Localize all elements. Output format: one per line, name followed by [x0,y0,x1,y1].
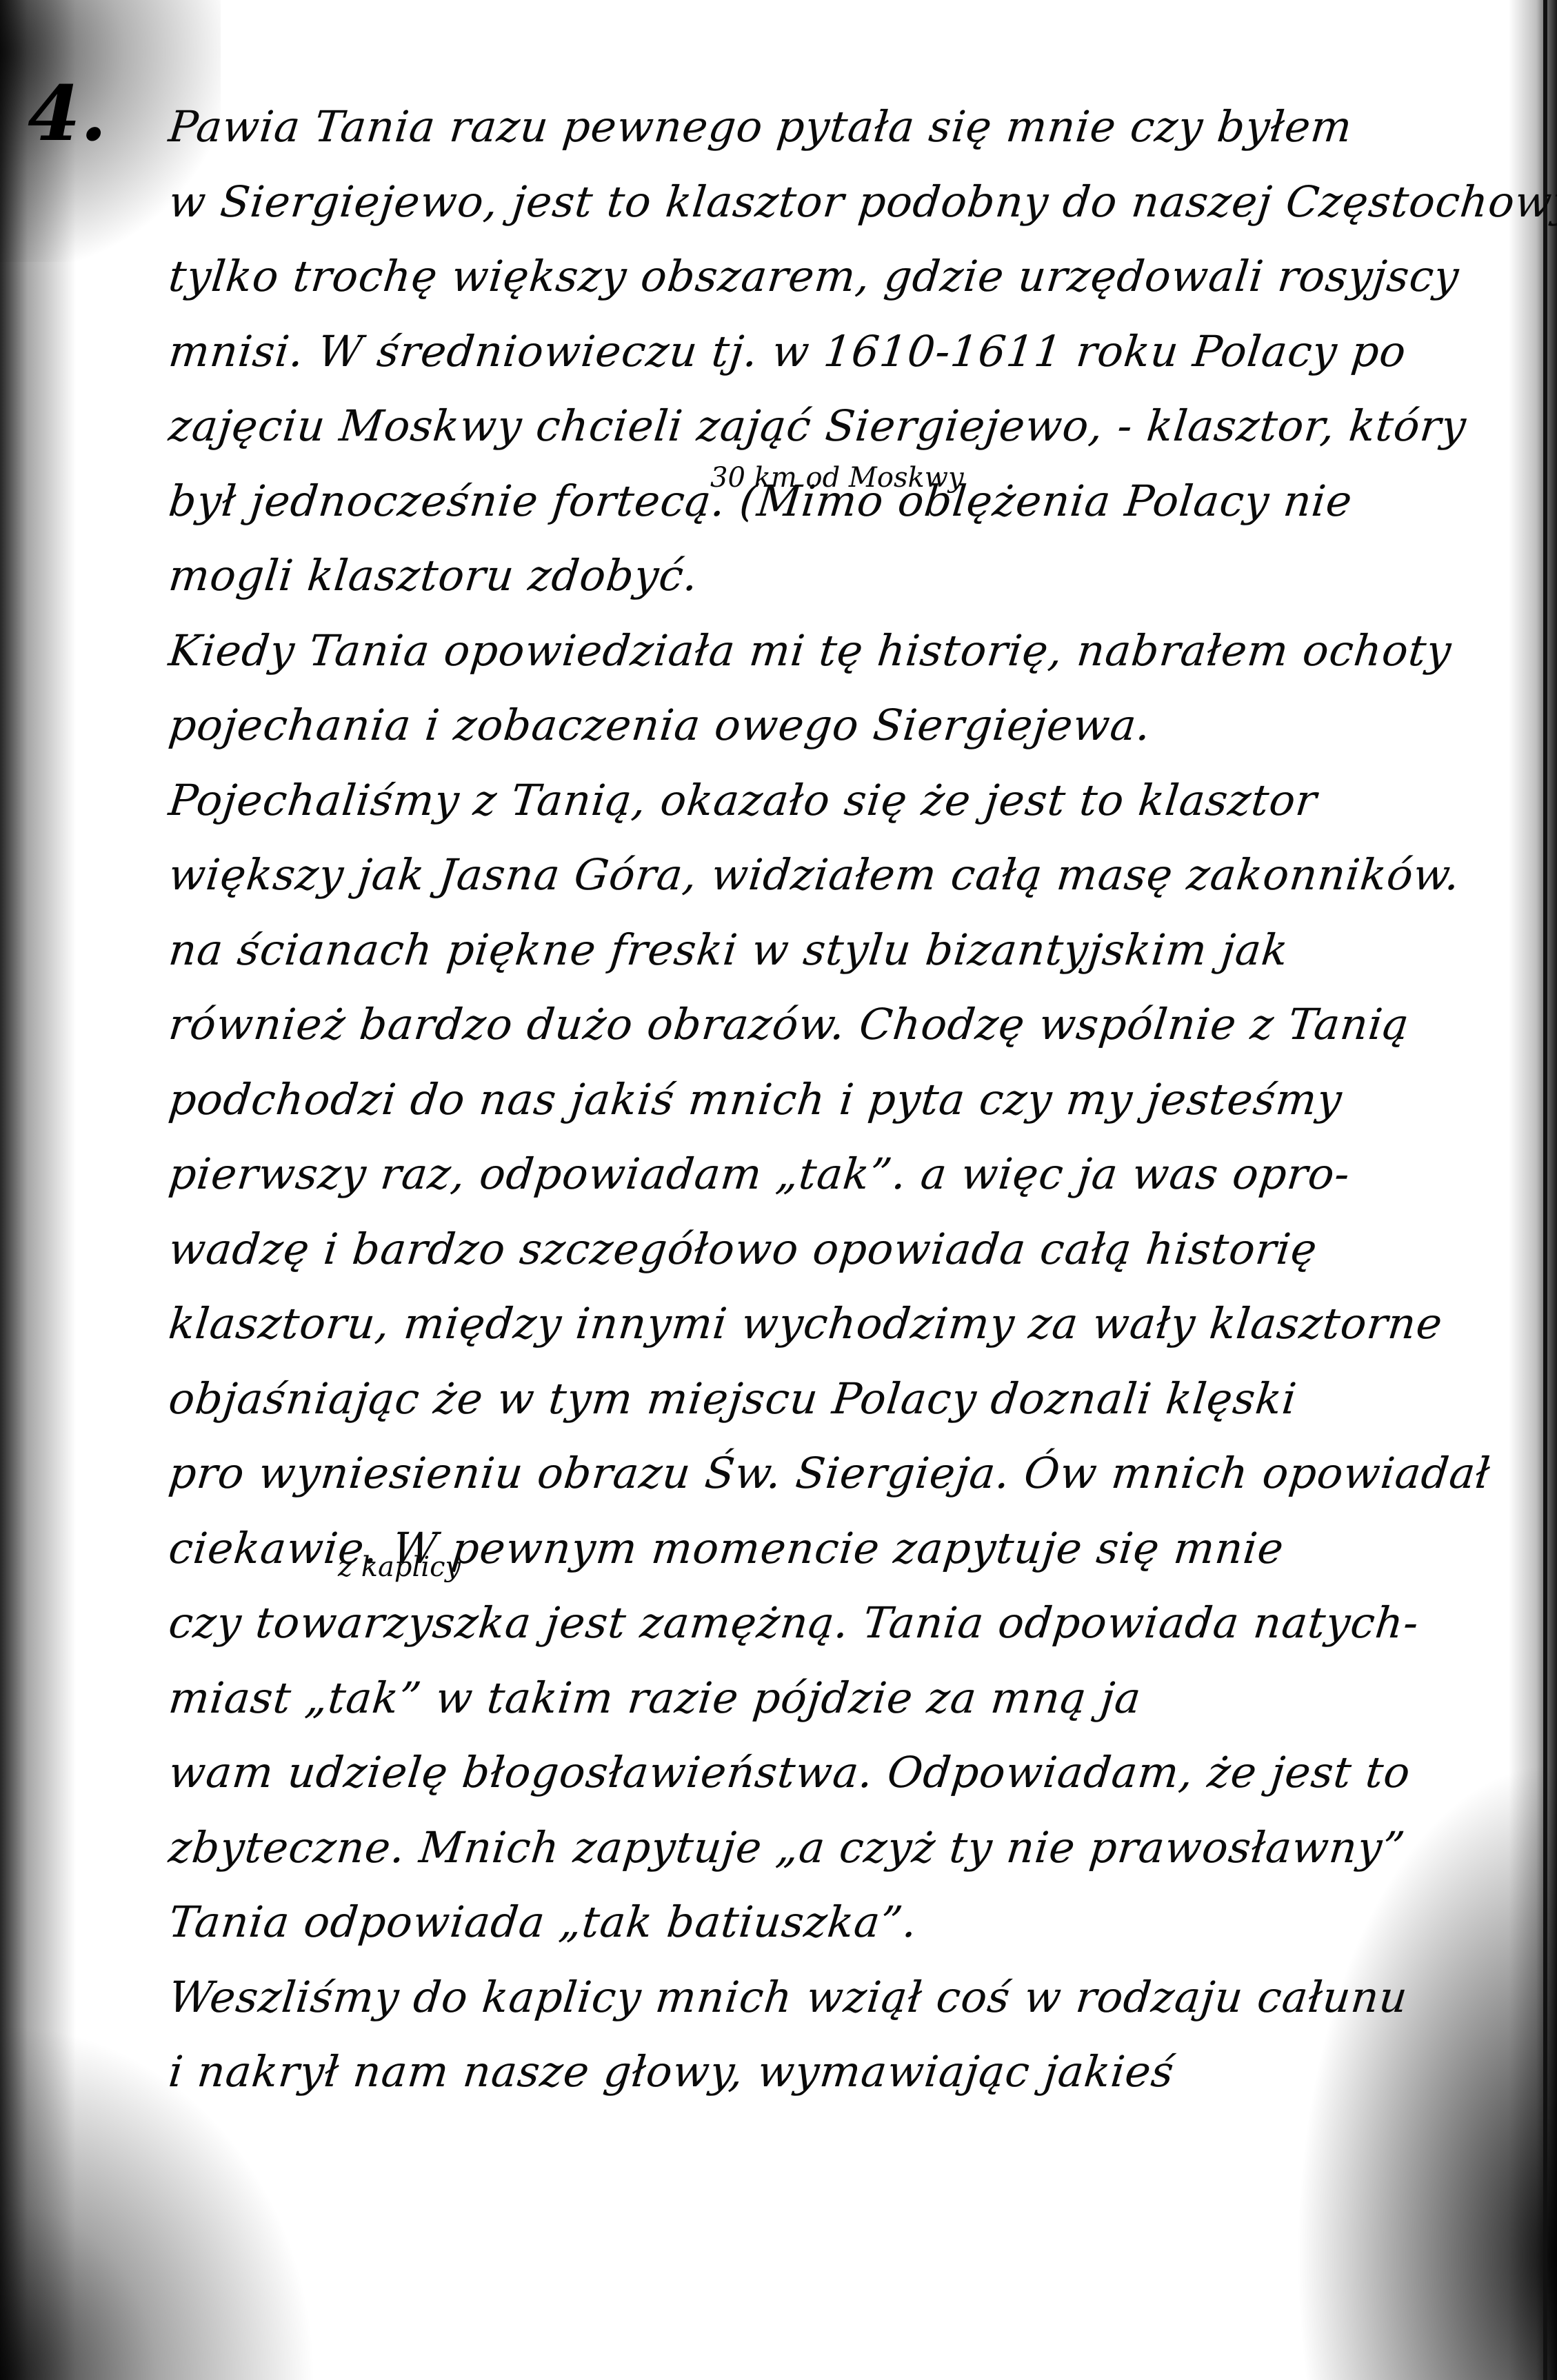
text-line: klasztoru, między innymi wychodzimy za w… [165,1287,1483,1362]
handwritten-text-body: Pawia Tania razu pewnego pytała się mnie… [169,90,1479,2110]
text-line: tylko trochę większy obszarem, gdzie urz… [165,239,1483,314]
text-line: Pojechaliśmy z Tanią, okazało się że jes… [165,763,1483,838]
text-line: Tania odpowiada „tak batiuszka”. [165,1885,1483,1960]
text-line: objaśniając że w tym miejscu Polacy dozn… [165,1362,1483,1437]
text-line: pierwszy raz, odpowiadam „tak”. a więc j… [165,1137,1483,1212]
page-edge-rule [1543,0,1547,2380]
interlinear-insertion: 30 km od Moskwy [710,462,964,494]
text-line: i nakrył nam nasze głowy, wymawiając jak… [165,2035,1483,2110]
text-line: czy towarzyszka jest zamężną. Tania odpo… [165,1586,1483,1661]
text-line: Pawia Tania razu pewnego pytała się mnie… [165,90,1483,165]
text-line: Weszliśmy do kaplicy mnich wziął coś w r… [165,1960,1483,2035]
interlinear-insertion: z kaplicy [338,1551,461,1583]
text-line: większy jak Jasna Góra, widziałem całą m… [165,838,1483,913]
text-line: mogli klasztoru zdobyć. [165,538,1483,614]
page-number: 4. [28,69,107,158]
text-line: na ścianach piękne freski w stylu bizant… [165,913,1483,988]
text-line: zajęciu Moskwy chcieli zająć Siergiejewo… [165,389,1483,464]
text-line: miast „tak” w takim razie pójdzie za mną… [165,1661,1483,1736]
text-line: mnisi. W średniowieczu tj. w 1610-1611 r… [165,314,1483,390]
text-line: pro wyniesieniu obrazu Św. Siergieja. Ów… [165,1436,1483,1511]
text-line: podchodzi do nas jakiś mnich i pyta czy … [165,1062,1483,1138]
text-line: Kiedy Tania opowiedziała mi tę historię,… [165,614,1483,689]
text-line: wam udzielę błogosławieństwa. Odpowiadam… [165,1735,1483,1811]
text-line: również bardzo dużo obrazów. Chodzę wspó… [165,987,1483,1062]
text-line: w Siergiejewo, jest to klasztor podobny … [165,165,1483,240]
text-line: pojechania i zobaczenia owego Siergiejew… [165,688,1483,763]
text-line: zbyteczne. Mnich zapytuje „a czyż ty nie… [165,1811,1483,1886]
text-line: wadzę i bardzo szczegółowo opowiada całą… [165,1212,1483,1287]
